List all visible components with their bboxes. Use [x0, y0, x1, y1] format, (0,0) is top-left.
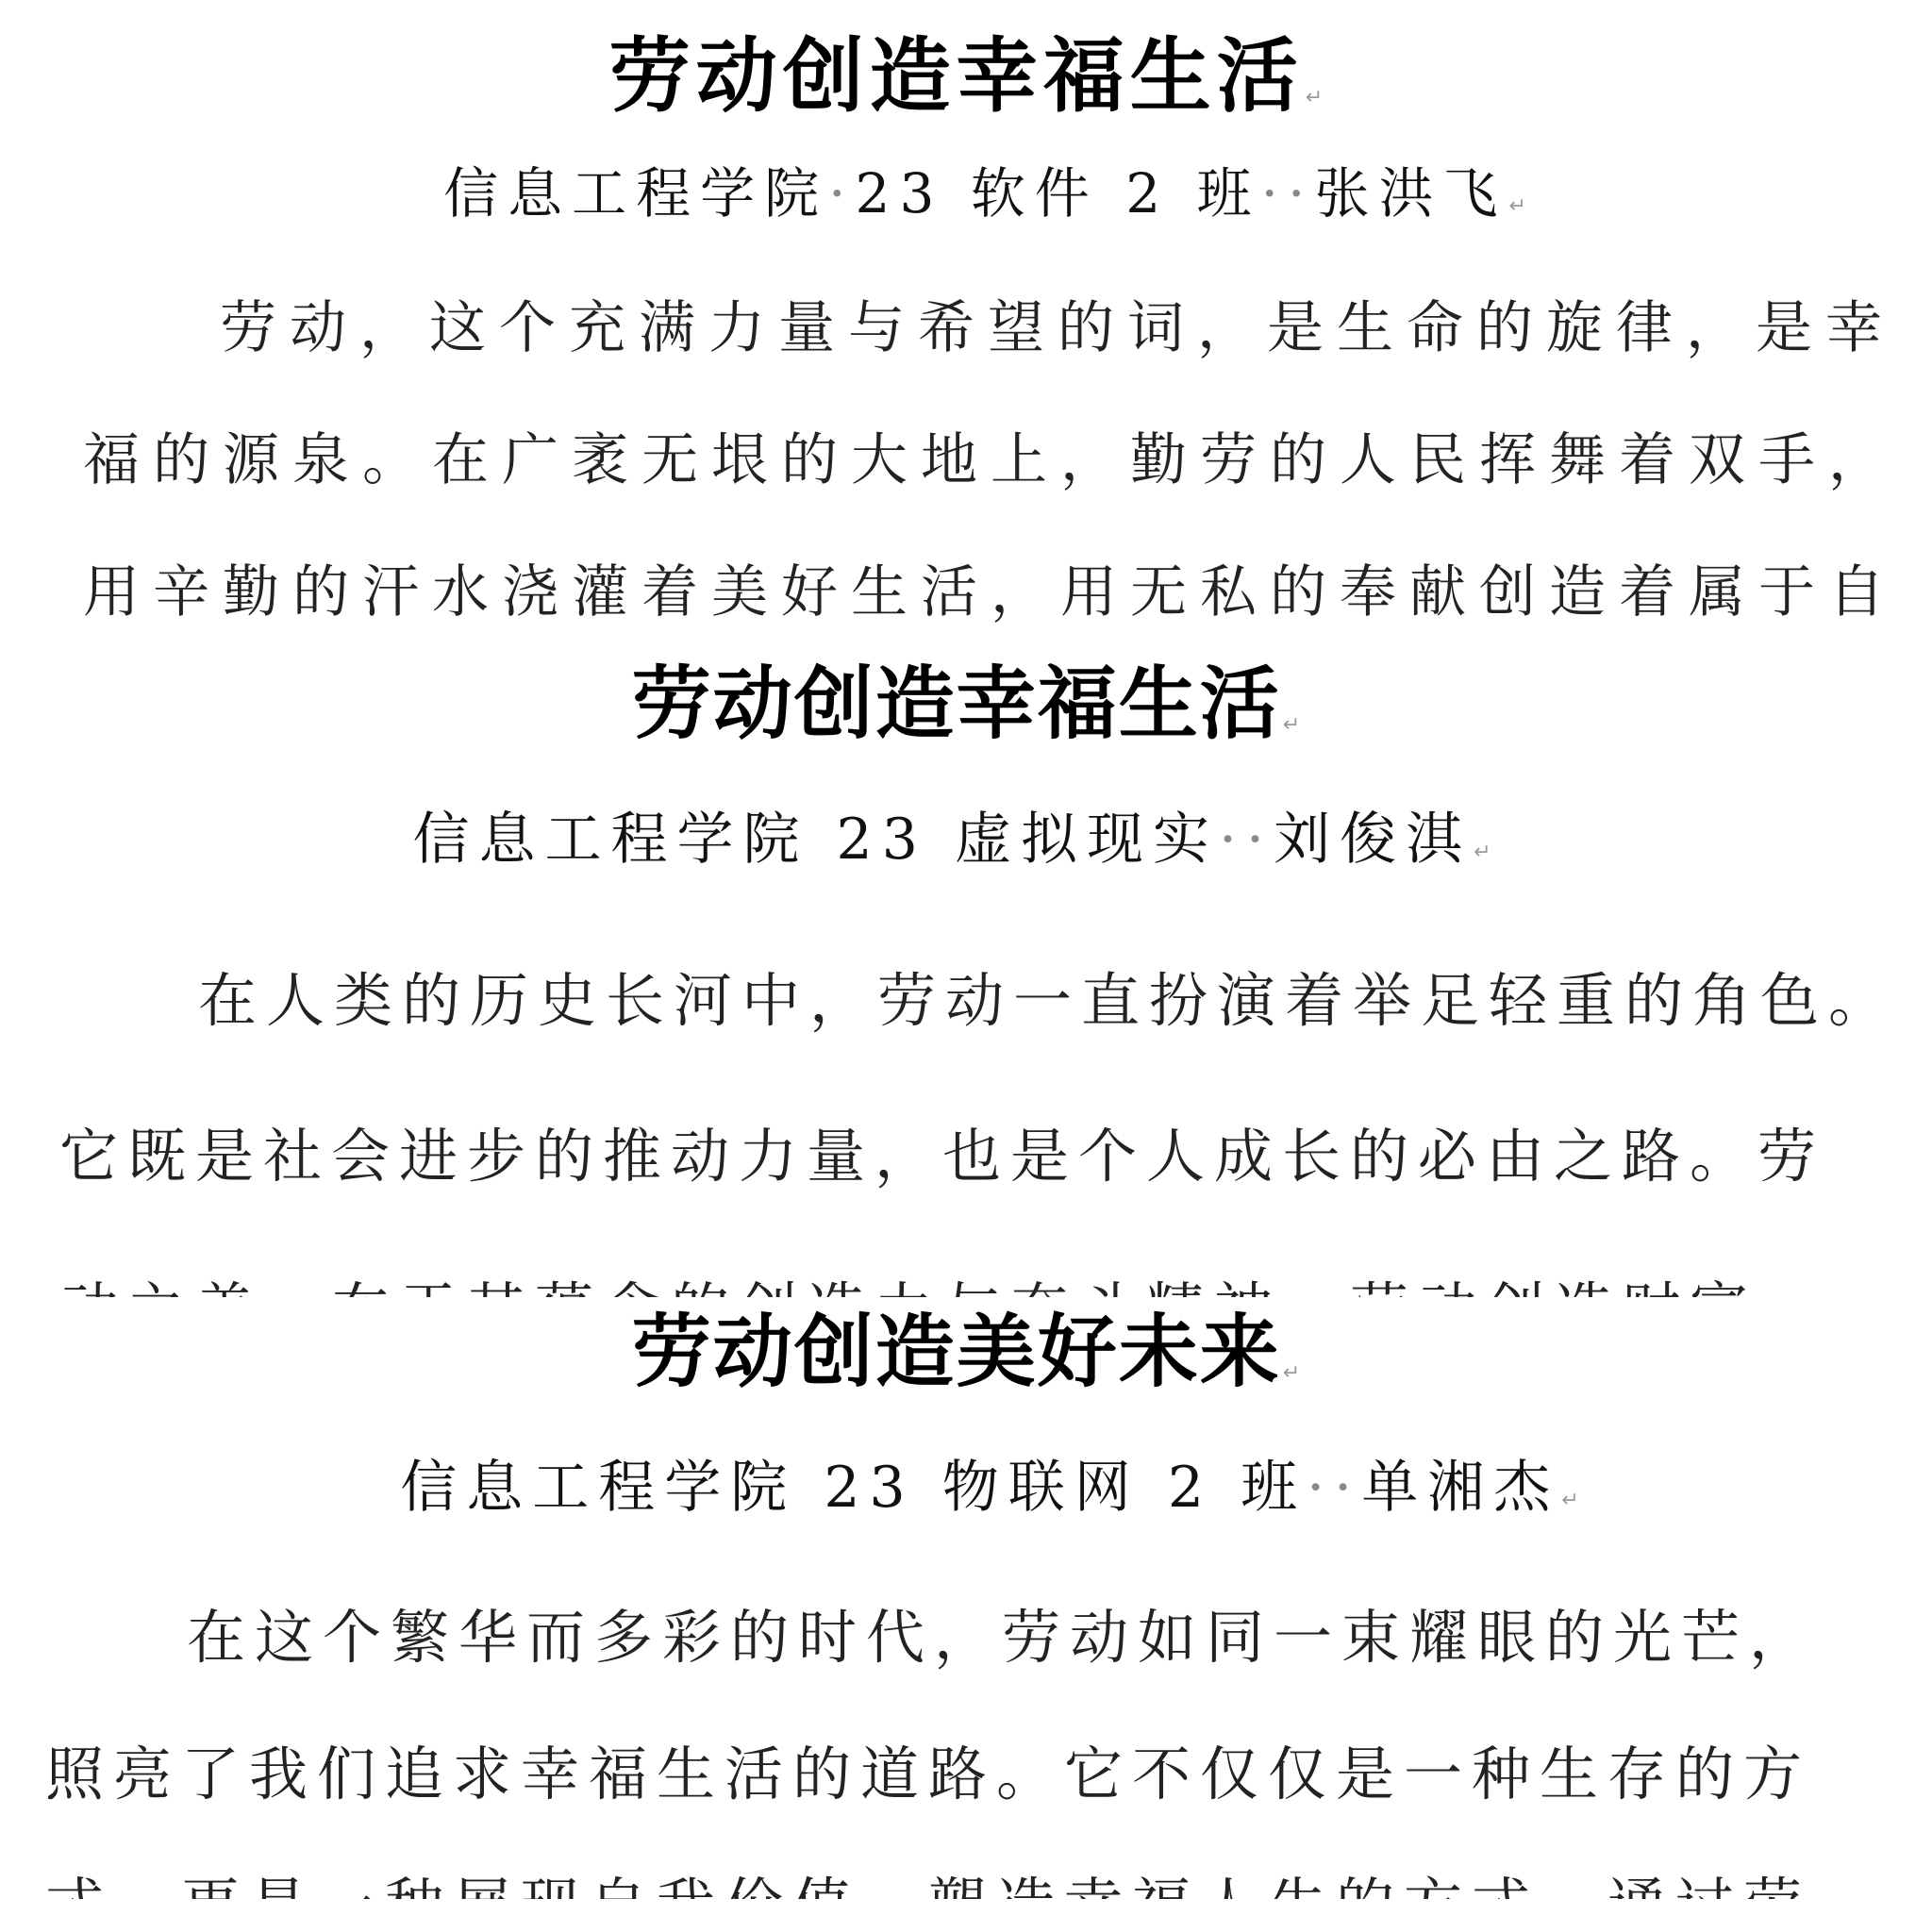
paragraph-line: 福的源泉。在广袤无垠的大地上，勤劳的人民挥舞着双手，	[83, 432, 1898, 489]
essay-title: 劳动创造幸福生活↵	[0, 664, 1932, 743]
byline-separator: ··	[1307, 1455, 1361, 1521]
essay-byline: 信息工程学院 23 虚拟现实··刘俊淇↵	[0, 811, 1932, 868]
essay-title-text: 劳动创造美好未来	[632, 1306, 1281, 1398]
paragraph-mark-icon: ↵	[1561, 1489, 1578, 1512]
byline-separator	[808, 807, 836, 873]
essay-section-2: 劳动创造幸福生活↵ 信息工程学院 23 虚拟现实··刘俊淇↵ 在人类的历史长河中…	[0, 651, 1932, 1297]
essay-title: 劳动创造美好未来↵	[0, 1312, 1932, 1391]
byline-college: 信息工程学院	[443, 161, 828, 225]
essay-title-text: 劳动创造幸福生活	[609, 29, 1304, 124]
paragraph-mark-icon: ↵	[1306, 86, 1323, 109]
byline-class: 23 软件 2 班	[856, 161, 1261, 225]
byline-college: 信息工程学院	[412, 807, 808, 873]
essay-byline: 信息工程学院 23 物联网 2 班··单湘杰↵	[0, 1459, 1932, 1516]
paragraph-line: 在这个繁华而多彩的时代，劳动如同一束耀眼的光芒，	[187, 1608, 1817, 1667]
paragraph-mark-icon: ↵	[1508, 194, 1525, 218]
essay-section-3: 劳动创造美好未来↵ 信息工程学院 23 物联网 2 班··单湘杰↵ 在这个繁华而…	[0, 1297, 1932, 1899]
byline-separator: ·	[828, 161, 855, 225]
paragraph-line: 式，更是一种展现自我价值，塑造幸福人生的方式，通过劳	[45, 1876, 1811, 1899]
essay-section-1: 劳动创造幸福生活↵ 信息工程学院·23 软件 2 班··张洪飞↵ 劳动，这个充满…	[0, 0, 1932, 651]
byline-class: 23 物联网 2 班	[824, 1455, 1307, 1521]
byline-author: 刘俊淇	[1274, 807, 1472, 873]
paragraph-line: 用辛勤的汗水浇灌着美好生活，用无私的奉献创造着属于自	[83, 564, 1898, 621]
essay-title: 劳动创造幸福生活↵	[0, 36, 1932, 117]
essay-title-text: 劳动创造幸福生活	[632, 658, 1281, 750]
essay-byline: 信息工程学院·23 软件 2 班··张洪飞↵	[0, 166, 1932, 221]
paragraph-line: 它既是社会进步的推动力量，也是个人成长的必由之路。劳	[59, 1127, 1825, 1186]
paragraph-mark-icon: ↵	[1283, 1361, 1300, 1385]
paragraph-mark-icon: ↵	[1283, 713, 1300, 737]
byline-separator: ··	[1219, 807, 1274, 873]
byline-college: 信息工程学院	[400, 1455, 796, 1521]
byline-separator: ··	[1261, 161, 1315, 225]
paragraph-line: 动之美，在于其蕴含的创造力与奋斗精神，劳动创造财富，	[59, 1281, 1825, 1297]
paragraph-line: 劳动，这个充满力量与希望的词，是生命的旋律，是幸	[220, 300, 1895, 357]
paragraph-line: 在人类的历史长河中，劳动一直扮演着举足轻重的角色。	[198, 972, 1896, 1030]
byline-author: 张洪飞	[1314, 161, 1507, 225]
paragraph-line: 照亮了我们追求幸福生活的道路。它不仅仅是一种生存的方	[45, 1745, 1811, 1804]
byline-author: 单湘杰	[1361, 1455, 1559, 1521]
byline-separator	[796, 1455, 824, 1521]
paragraph-mark-icon: ↵	[1474, 841, 1491, 864]
byline-class: 23 虚拟现实	[837, 807, 1219, 873]
